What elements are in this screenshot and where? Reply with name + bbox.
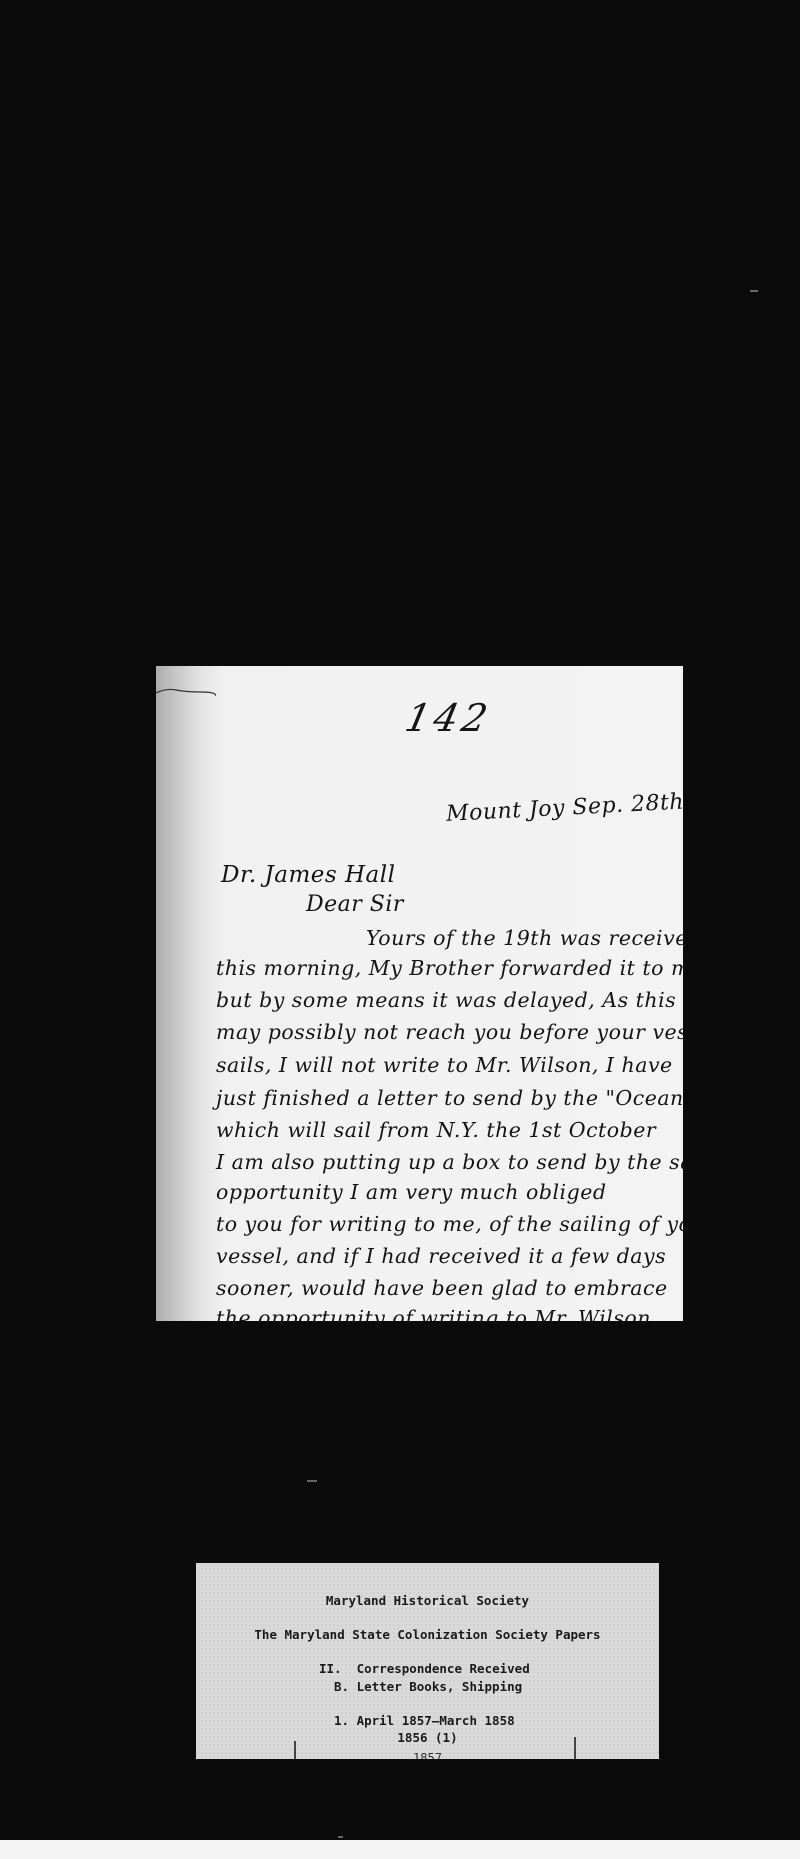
film-speck (750, 290, 758, 292)
letter-greeting: Dear Sir (306, 892, 404, 917)
film-speck (307, 1480, 317, 1482)
page-number: 142 (401, 696, 495, 740)
letter-line: just finished a letter to send by the "O… (216, 1086, 683, 1110)
letter-line: I am also putting up a box to send by th… (216, 1150, 683, 1174)
handwritten-letter: 142 Mount Joy Sep. 28th 1857 Dr. James H… (156, 666, 683, 1321)
card-series: II. Correspondence Received (319, 1661, 782, 1676)
archive-target-card: Maryland Historical Society The Maryland… (196, 1563, 659, 1759)
card-cut-off-text: 1857 (196, 1749, 659, 1759)
letter-line: this morning, My Brother forwarded it to… (216, 956, 683, 980)
letter-line: opportunity I am very much obliged (216, 1180, 606, 1204)
microfilm-frame: 142 Mount Joy Sep. 28th 1857 Dr. James H… (0, 0, 800, 1840)
card-collection: The Maryland State Colonization Society … (196, 1627, 659, 1642)
card-mark (294, 1741, 296, 1759)
card-item: 1. April 1857—March 1858 (334, 1713, 797, 1728)
letter-line: sooner, would have been glad to embrace (216, 1276, 668, 1300)
card-institution: Maryland Historical Society (196, 1593, 659, 1608)
paper-crease-mark (156, 683, 216, 697)
letter-line: but by some means it was delayed, As thi… (216, 988, 676, 1012)
letter-dateline: Mount Joy Sep. 28th 1857 (446, 786, 683, 827)
film-speck (338, 1836, 343, 1838)
letter-recipient: Dr. James Hall (221, 862, 395, 888)
card-subseries: B. Letter Books, Shipping (334, 1679, 797, 1694)
letter-line: which will sail from N.Y. the 1st Octobe… (216, 1118, 656, 1142)
card-reel: 1856 (1) (196, 1730, 659, 1745)
letter-line: vessel, and if I had received it a few d… (216, 1244, 666, 1268)
paper-fold-shadow (156, 666, 221, 1321)
card-mark (574, 1737, 576, 1759)
letter-line: may possibly not reach you before your v… (216, 1020, 683, 1044)
letter-line: the opportunity of writing to Mr. Wilson… (216, 1306, 658, 1321)
letter-line: Yours of the 19th was received (366, 926, 683, 950)
letter-line: sails, I will not write to Mr. Wilson, I… (216, 1053, 673, 1077)
letter-line: to you for writing to me, of the sailing… (216, 1212, 683, 1236)
